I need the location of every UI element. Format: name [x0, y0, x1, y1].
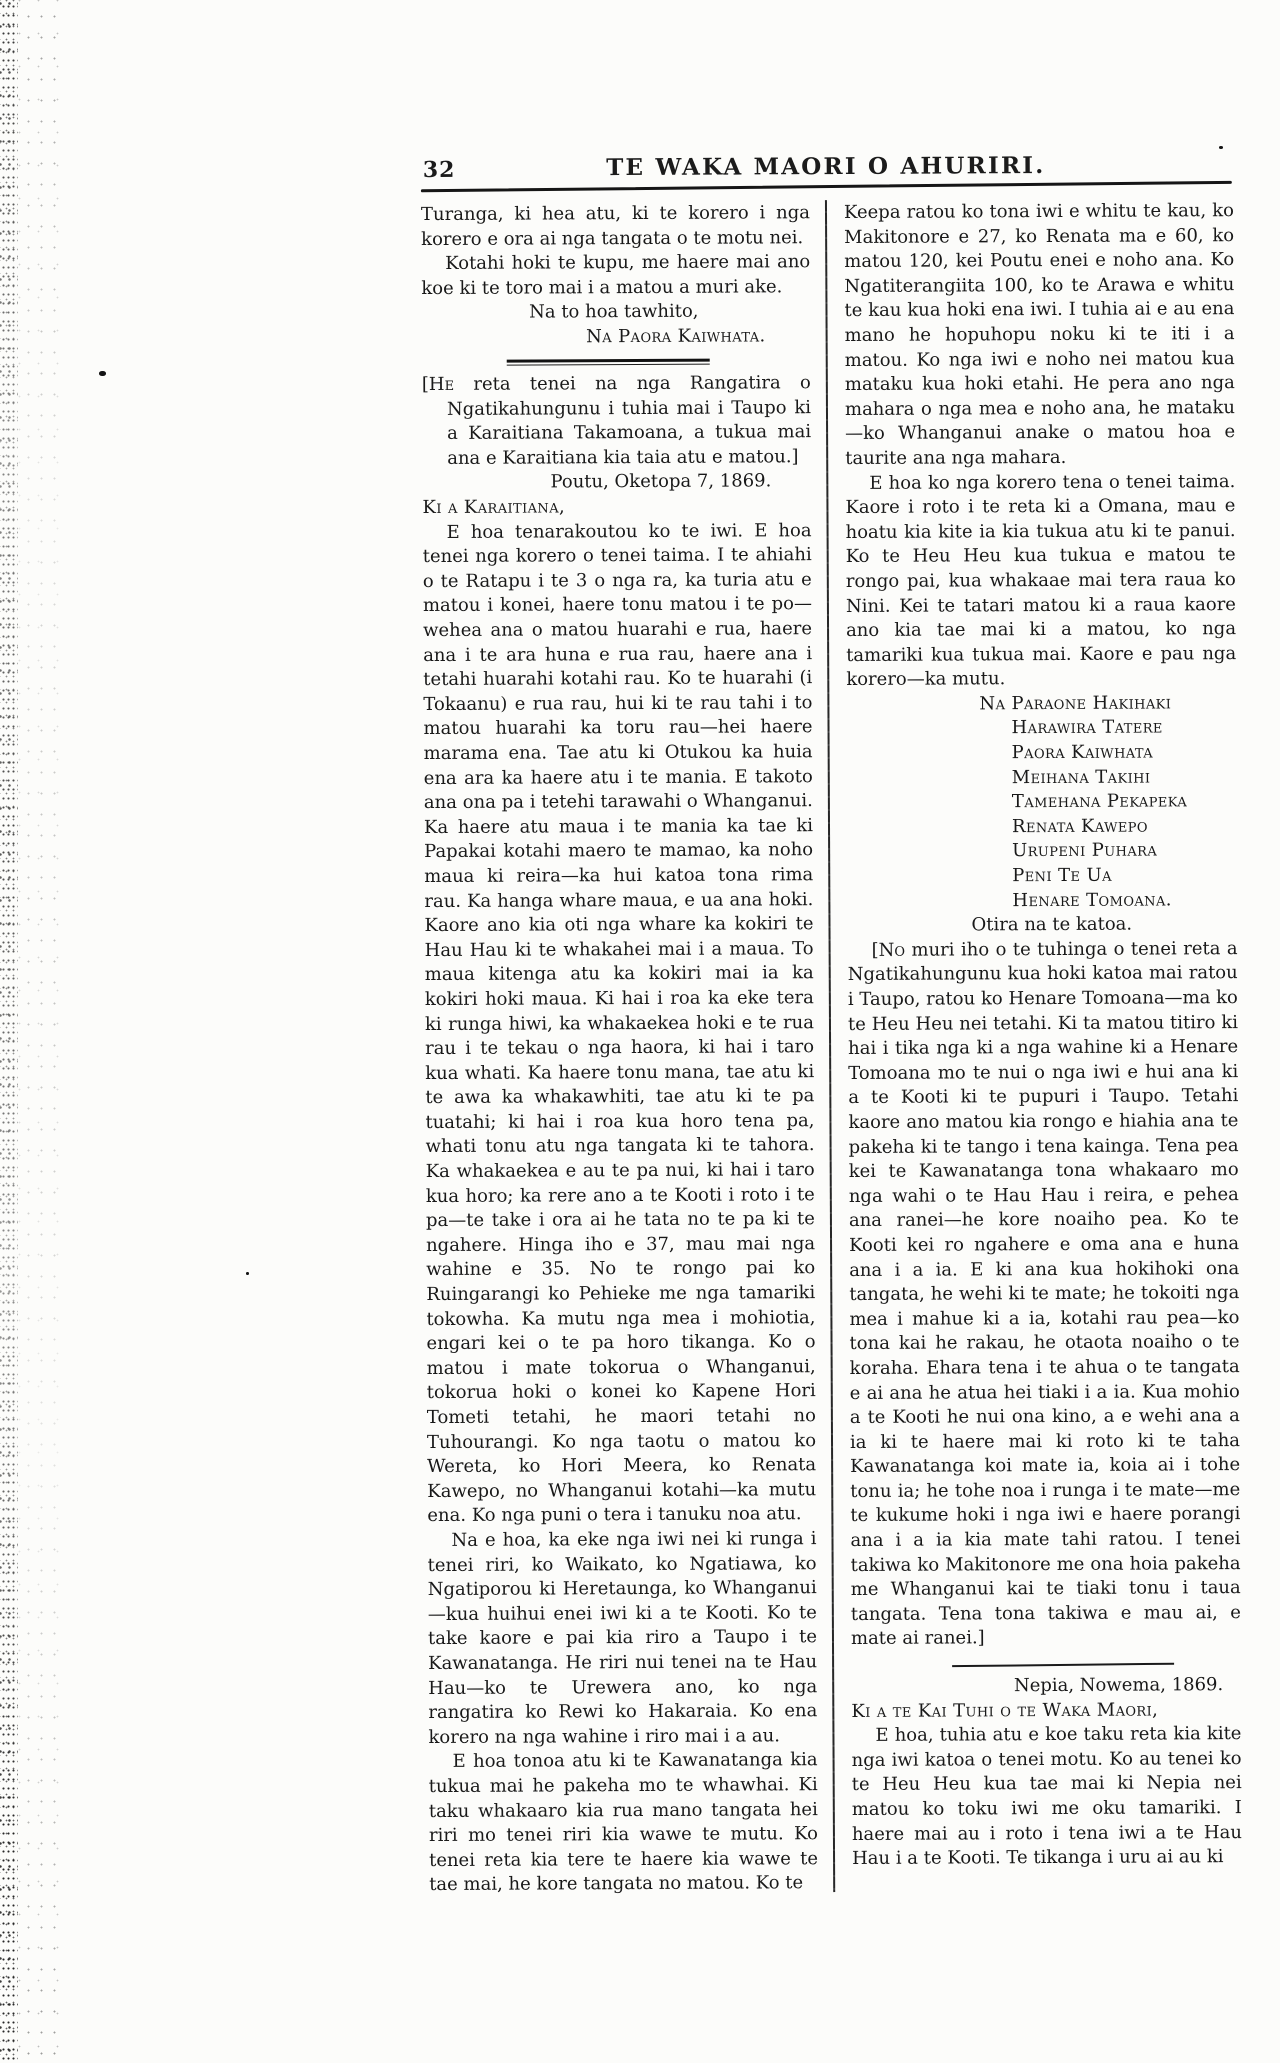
dateline: Nepia, Nowema, 1869.: [851, 1673, 1241, 1699]
signature-note: Otira na te katoa.: [847, 912, 1237, 938]
dateline: Poutu, Oketopa 7, 1869.: [422, 470, 811, 496]
signature-line: Meihana Takihi: [847, 765, 1237, 791]
masthead-title: TE WAKA MAORI O AHURIRI.: [421, 151, 1231, 182]
editor-note: [No muri iho o te tuhinga o tenei reta a…: [848, 937, 1241, 1652]
paragraph: Kotahi hoki te kupu, me haere mai ano ko…: [421, 250, 810, 301]
letter-body-paragraph: E hoa, tuhia atu e koe taku reta kia kit…: [851, 1722, 1242, 1871]
signature-line: Paora Kaiwhata: [847, 740, 1237, 766]
editor-note-text: muri iho o te tuhinga o tenei reta a Nga…: [848, 938, 1241, 1650]
letter-body-paragraph: E hoa tenarakoutou ko te iwi. E hoa tene…: [423, 519, 817, 1529]
column-divider: [825, 200, 835, 1892]
paragraph-continuation: Keepa ratou ko tona iwi e whitu te kau, …: [844, 199, 1235, 471]
signature-line: Tamehana Pekapeka: [847, 789, 1237, 815]
editor-note-text: reta tenei na nga Rangatira o Ngatikahun…: [447, 372, 811, 469]
editor-note-lead: [No: [872, 940, 906, 961]
right-column: Keepa ratou ko tona iwi e whitu te kau, …: [844, 199, 1242, 1872]
editor-note-lead: [He: [422, 374, 454, 395]
left-column: Turanga, ki hea atu, ki te korero i nga …: [421, 201, 818, 1898]
section-rule: [507, 358, 710, 365]
letter-body-paragraph: E hoa tonoa atu ki te Kawanatanga kia tu…: [429, 1748, 819, 1897]
signature-line: Renata Kawepo: [847, 814, 1237, 840]
signature-list: Na Paraone Hakihaki Harawira Tatere Paor…: [846, 691, 1237, 914]
signature-line: Harawira Tatere: [846, 716, 1236, 742]
editor-note: [He reta tenei na nga Rangatira o Ngatik…: [422, 371, 811, 471]
signature-line: Henare Tomoana.: [847, 888, 1237, 914]
salutation: Ki a te Kai Tuhi o te Waka Maori,: [851, 1698, 1241, 1724]
printed-page: 32 TE WAKA MAORI O AHURIRI. Turanga, ki …: [0, 0, 1280, 2063]
section-rule: [952, 1663, 1174, 1667]
salutation: Ki a Karaitiana,: [422, 494, 811, 520]
signature-line: Na Paraone Hakihaki: [846, 691, 1236, 717]
signature-line: Peni Te Ua: [847, 863, 1237, 889]
letter-closing: Na to hoa tawhito,: [421, 300, 810, 326]
signature-line: Urupeni Puhara: [847, 839, 1237, 865]
paragraph: E hoa ko nga korero tena o tenei taima. …: [845, 470, 1236, 693]
paragraph-continuation: Turanga, ki hea atu, ki te korero i nga …: [421, 201, 810, 252]
letter-signature: Na Paora Kaiwhata.: [422, 324, 811, 350]
letter-body-paragraph: Na e hoa, ka eke nga iwi nei ki runga i …: [427, 1527, 817, 1750]
